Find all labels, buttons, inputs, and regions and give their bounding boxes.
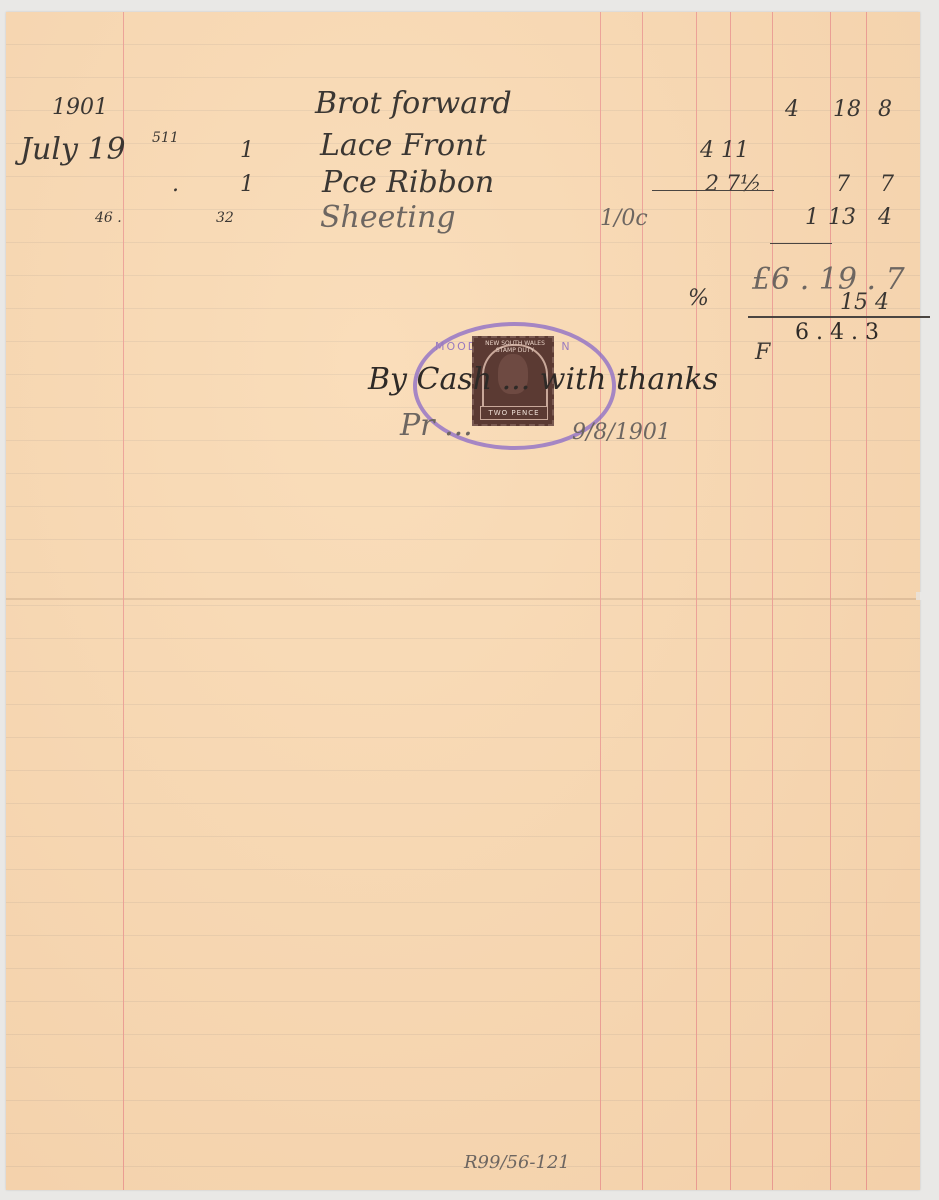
entry-qty: 1: [240, 138, 254, 163]
entry-pence: 4: [878, 205, 892, 230]
entry-ref: 46 .: [95, 210, 122, 226]
column-rule: [642, 12, 643, 1190]
column-rule: [830, 12, 831, 1190]
entry-date: July 19: [20, 132, 126, 167]
entry-ref: .: [172, 172, 179, 197]
signature: Pr ...: [400, 408, 473, 443]
entry-pence: 7: [880, 172, 894, 197]
brought-forward-label: Brot forward: [315, 86, 512, 121]
paper-tear: [0, 590, 4, 598]
price-underline: [652, 190, 774, 191]
stamp-top-text: NEW SOUTH WALES STAMP DUTY: [477, 340, 553, 354]
entry-pounds: 1: [805, 205, 819, 230]
discount-mark: %: [688, 286, 709, 311]
entry-description: Sheeting: [320, 200, 456, 235]
net-total-rule: [748, 316, 930, 318]
stamp-value: TWO PENCE: [480, 406, 548, 420]
entry-ref: 511: [152, 130, 179, 146]
bf-pence: 8: [878, 97, 892, 122]
net-total: 6 . 4 . 3: [795, 320, 879, 345]
column-rule: [600, 12, 601, 1190]
margin-rule: [123, 12, 124, 1190]
entry-qty: 1: [240, 172, 254, 197]
bf-pounds: 4: [785, 97, 799, 122]
total-rule: [770, 243, 832, 244]
check-mark: F: [755, 340, 770, 365]
column-rule: [866, 12, 867, 1190]
entry-description: Pce Ribbon: [322, 165, 494, 200]
entry-price: 4 11: [700, 138, 749, 163]
archive-reference: R99/56-121: [464, 1152, 570, 1173]
entry-price: 1/0c: [600, 206, 648, 231]
entry-description: Lace Front: [320, 128, 487, 163]
receipt-date: 9/8/1901: [572, 420, 671, 445]
column-rule: [696, 12, 697, 1190]
column-rule: [772, 12, 773, 1190]
paper-fold: [6, 598, 920, 600]
paid-line: By Cash ... with thanks: [368, 362, 718, 397]
entry-shillings: 13: [828, 205, 856, 230]
entry-qty: 32: [216, 210, 234, 226]
bf-shillings: 18: [833, 97, 861, 122]
paper-tear: [916, 592, 924, 600]
discount-amount: 15 4: [840, 290, 889, 315]
entry-shillings: 7: [836, 172, 850, 197]
year: 1901: [52, 95, 108, 120]
entry-price: 2 7½: [705, 172, 761, 197]
